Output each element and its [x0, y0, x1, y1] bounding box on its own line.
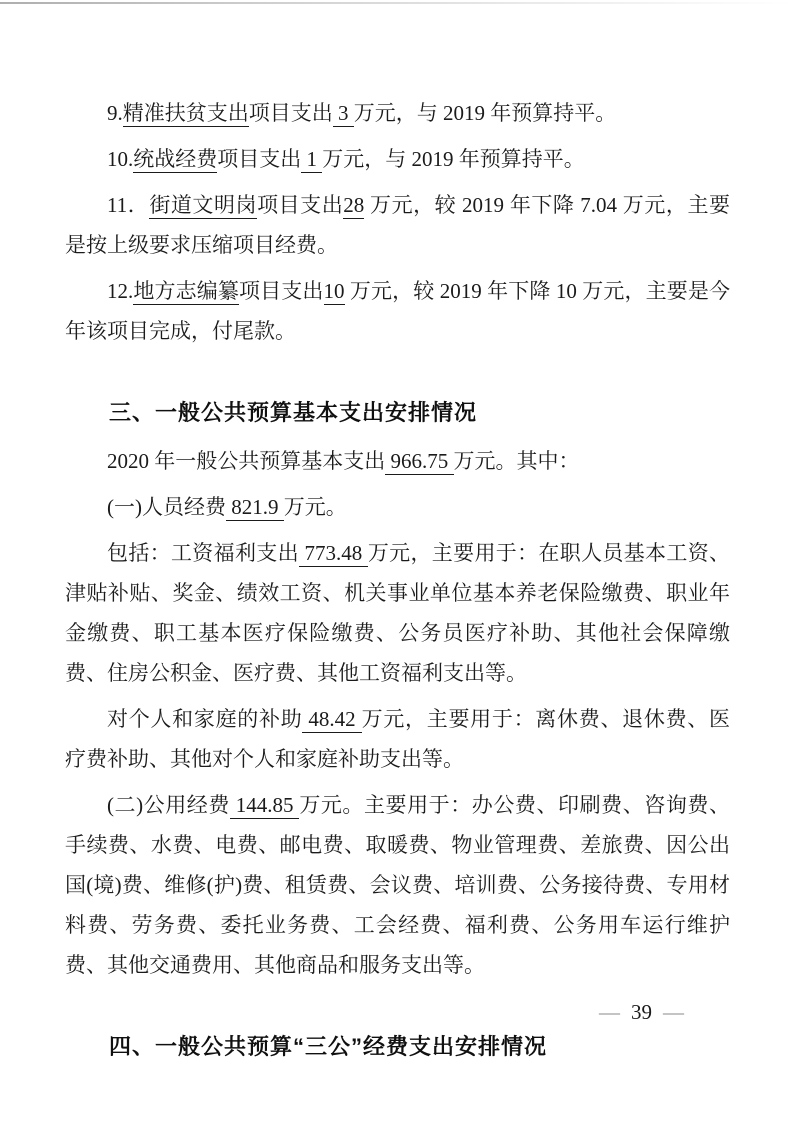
- text-run: 包括：工资福利支出: [107, 541, 299, 565]
- text-run: 9.: [107, 101, 123, 125]
- footer-dash-left: —: [599, 1000, 620, 1024]
- underlined-value: 821.9: [226, 495, 284, 521]
- text-run: 10.: [107, 147, 133, 171]
- underlined-value: 地方志编纂: [133, 279, 239, 305]
- document-page: 9.精准扶贫支出项目支出 3 万元，与 2019 年预算持平。10.统战经费项目…: [0, 0, 793, 1122]
- paragraph: 12.地方志编纂项目支出10 万元，较 2019 年下降 10 万元，主要是今年…: [65, 271, 730, 351]
- paragraph: 2020 年一般公共预算基本支出 966.75 万元。其中：: [65, 441, 730, 481]
- text-run: 万元，与 2019 年预算持平。: [322, 147, 585, 171]
- text-run: 万元，与 2019 年预算持平。: [354, 101, 617, 125]
- paragraph: (二)公用经费 144.85 万元。主要用于：办公费、印刷费、咨询费、手续费、水…: [65, 785, 730, 985]
- scan-artifact-line: [0, 2, 793, 4]
- text-run: 万元。: [284, 495, 347, 519]
- text-run: 2020 年一般公共预算基本支出: [107, 449, 385, 473]
- page-number: 39: [631, 1000, 652, 1024]
- underlined-value: 144.85: [230, 793, 299, 819]
- section-heading: 三、一般公共预算基本支出安排情况: [65, 393, 730, 433]
- text-run: 四、一般公共预算“三公”经费支出安排情况: [109, 1034, 547, 1059]
- paragraph: 包括：工资福利支出 773.48 万元，主要用于：在职人员基本工资、津贴补贴、奖…: [65, 533, 730, 693]
- underlined-value: 3: [333, 101, 354, 127]
- underlined-value: 28: [343, 193, 364, 219]
- text-run: 项目支出: [217, 147, 301, 171]
- paragraph: (一)人员经费 821.9 万元。: [65, 487, 730, 527]
- page-footer: —39—: [588, 1000, 695, 1025]
- section-heading: 四、一般公共预算“三公”经费支出安排情况: [65, 1027, 730, 1067]
- underlined-value: 10: [324, 279, 345, 305]
- text-run: (一)人员经费: [107, 495, 226, 519]
- underlined-value: 精准扶贫支出: [123, 101, 249, 127]
- text-run: (二)公用经费: [107, 793, 230, 817]
- paragraph: 10.统战经费项目支出 1 万元，与 2019 年预算持平。: [65, 139, 730, 179]
- underlined-value: 1: [301, 147, 322, 173]
- text-run: 对个人和家庭的补助: [107, 707, 302, 731]
- paragraph: 11．街道文明岗项目支出28 万元，较 2019 年下降 7.04 万元，主要是…: [65, 185, 730, 265]
- underlined-value: 48.42: [302, 707, 361, 733]
- text-run: 三、一般公共预算基本支出安排情况: [109, 400, 477, 425]
- underlined-value: 街道文明岗: [149, 193, 257, 219]
- text-run: 项目支出: [239, 279, 324, 303]
- footer-dash-right: —: [663, 1000, 684, 1024]
- underlined-value: 773.48: [299, 541, 368, 567]
- paragraph: 9.精准扶贫支出项目支出 3 万元，与 2019 年预算持平。: [65, 93, 730, 133]
- text-run: 项目支出: [257, 193, 343, 217]
- text-run: 万元。其中：: [454, 449, 580, 473]
- underlined-value: 统战经费: [133, 147, 217, 173]
- document-body: 9.精准扶贫支出项目支出 3 万元，与 2019 年预算持平。10.统战经费项目…: [65, 93, 730, 1075]
- text-run: 项目支出: [249, 101, 333, 125]
- paragraph: 对个人和家庭的补助 48.42 万元，主要用于：离休费、退休费、医疗费补助、其他…: [65, 699, 730, 779]
- text-run: 12.: [107, 279, 133, 303]
- underlined-value: 966.75: [385, 449, 453, 475]
- text-run: 11．: [107, 193, 149, 217]
- text-run: 万元。主要用于：办公费、印刷费、咨询费、手续费、水费、电费、邮电费、取暖费、物业…: [65, 793, 730, 977]
